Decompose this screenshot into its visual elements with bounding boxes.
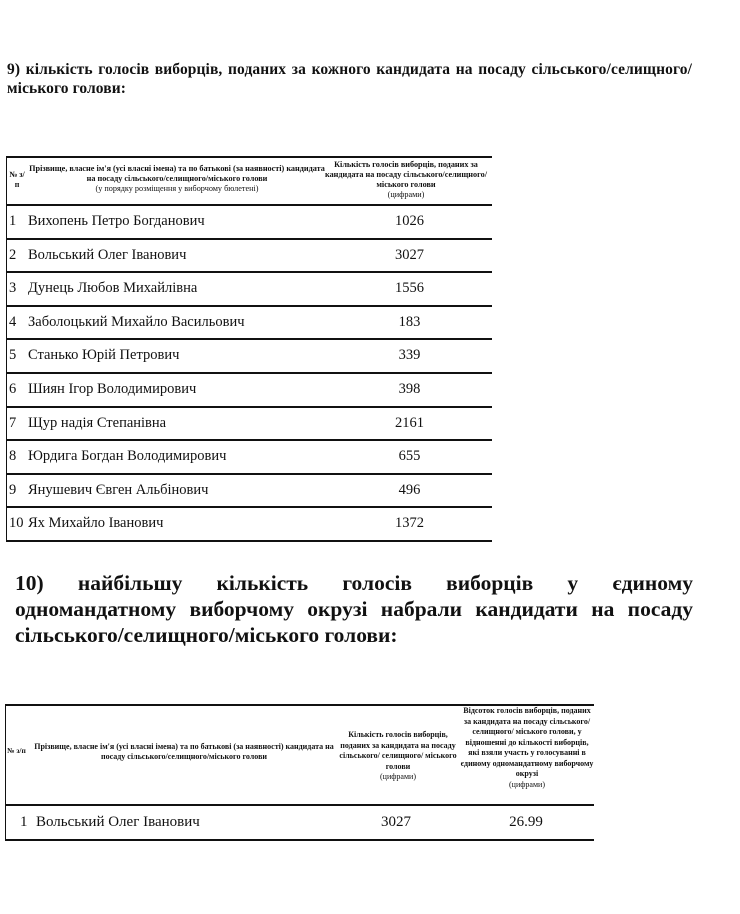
vote-count: 3027 bbox=[347, 247, 472, 264]
table-row: 6Шиян Ігор Володимирович398 bbox=[7, 374, 492, 408]
header-votes: Кількість голосів виборців, поданих за к… bbox=[322, 160, 490, 200]
row-number: 4 bbox=[9, 314, 16, 331]
header-candidate-name: Прізвище, власне ім'я (усі власні імена)… bbox=[27, 164, 327, 194]
header-candidate-name: Прізвище, власне ім'я (усі власні імена)… bbox=[34, 742, 334, 762]
vote-count: 496 bbox=[347, 482, 472, 499]
row-number: 3 bbox=[9, 280, 16, 297]
vote-count: 339 bbox=[347, 347, 472, 364]
row-number: 1 bbox=[20, 814, 28, 831]
row-number: 6 bbox=[9, 381, 16, 398]
candidate-name: Шиян Ігор Володимирович bbox=[28, 381, 196, 398]
section-10-heading-line1: 10) найбільшу кількість голосів виборців… bbox=[15, 570, 693, 596]
table-row: 1Вихопень Петро Богданович1026 bbox=[7, 206, 492, 240]
header-votes: Кількість голосів виборців, поданих за к… bbox=[334, 730, 462, 783]
row-number: 2 bbox=[9, 247, 16, 264]
candidate-name: Вольський Олег Іванович bbox=[28, 247, 186, 264]
vote-count: 3027 bbox=[346, 814, 446, 831]
candidate-name: Вихопень Петро Богданович bbox=[28, 213, 205, 230]
candidate-name: Заболоцький Михайло Васильович bbox=[28, 314, 245, 331]
row-number: 1 bbox=[9, 213, 16, 230]
table-row: 4Заболоцький Михайло Васильович183 bbox=[7, 307, 492, 341]
candidate-name: Вольський Олег Іванович bbox=[36, 814, 200, 831]
vote-count: 1372 bbox=[347, 515, 472, 532]
candidate-name: Янушевич Євген Альбінович bbox=[28, 482, 208, 499]
row-number: 5 bbox=[9, 347, 16, 364]
section-10-heading: 10) найбільшу кількість голосів виборців… bbox=[15, 570, 715, 648]
table-row: 8Юрдига Богдан Володимирович655 bbox=[7, 441, 492, 475]
header-number: № з/п bbox=[9, 170, 25, 190]
table-row: 2Вольський Олег Іванович3027 bbox=[7, 240, 492, 274]
row-number: 10 bbox=[9, 515, 24, 532]
candidate-name: Ях Михайло Іванович bbox=[28, 515, 163, 532]
section-9-heading-line2: міського голови: bbox=[7, 80, 126, 97]
vote-count: 1026 bbox=[347, 213, 472, 230]
row-number: 7 bbox=[9, 415, 16, 432]
table-row: 3Дунець Любов Михайлівна1556 bbox=[7, 273, 492, 307]
candidate-name: Юрдига Богдан Володимирович bbox=[28, 448, 226, 465]
header-percent: Відсоток голосів виборців, поданих за ка… bbox=[460, 706, 594, 790]
header-number: № з/п bbox=[7, 746, 37, 755]
winner-table: № з/п Прізвище, власне ім'я (усі власні … bbox=[5, 704, 594, 841]
row-number: 9 bbox=[9, 482, 16, 499]
table-header: № з/п Прізвище, власне ім'я (усі власні … bbox=[6, 704, 594, 806]
section-9-heading: 9) кількість голосів виборців, поданих з… bbox=[7, 60, 707, 98]
table-row: 7Щур надія Степанівна2161 bbox=[7, 408, 492, 442]
vote-count: 655 bbox=[347, 448, 472, 465]
vote-count: 1556 bbox=[347, 280, 472, 297]
candidate-name: Дунець Любов Михайлівна bbox=[28, 280, 197, 297]
vote-count: 2161 bbox=[347, 415, 472, 432]
section-10-heading-line3: сільського/селищного/міського голови: bbox=[15, 623, 398, 647]
vote-count: 183 bbox=[347, 314, 472, 331]
table-row: 5Станько Юрій Петрович339 bbox=[7, 340, 492, 374]
table-row: 9Янушевич Євген Альбінович496 bbox=[7, 475, 492, 509]
votes-per-candidate-table: № з/п Прізвище, власне ім'я (усі власні … bbox=[6, 156, 492, 542]
row-number: 8 bbox=[9, 448, 16, 465]
section-10-heading-line2: одномандатному виборчому окрузі набрали … bbox=[15, 596, 693, 622]
candidate-name: Щур надія Степанівна bbox=[28, 415, 166, 432]
table-row: 1Вольський Олег Іванович302726.99 bbox=[6, 806, 594, 841]
table-header: № з/п Прізвище, власне ім'я (усі власні … bbox=[7, 156, 492, 206]
vote-count: 398 bbox=[347, 381, 472, 398]
vote-percent: 26.99 bbox=[476, 814, 576, 831]
section-9-heading-line1: 9) кількість голосів виборців, поданих з… bbox=[7, 60, 692, 79]
candidate-name: Станько Юрій Петрович bbox=[28, 347, 179, 364]
table-row: 10Ях Михайло Іванович1372 bbox=[7, 508, 492, 542]
